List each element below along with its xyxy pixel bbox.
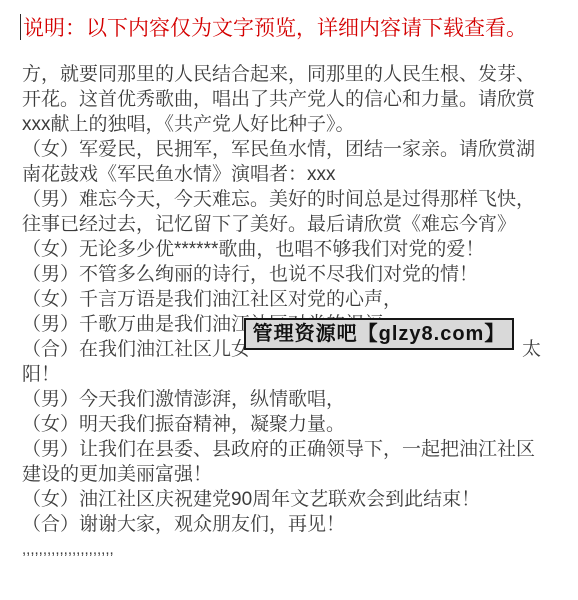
text-caret-icon bbox=[20, 14, 21, 40]
text-line: （合）谢谢大家，观众朋友们，再见！ bbox=[22, 512, 556, 537]
text-line: 建设的更加美丽富强！ bbox=[22, 462, 556, 487]
preview-page: 说明：以下内容仅为文字预览，详细内容请下载查看。 方，就要同那里的人民结合起来，… bbox=[0, 0, 578, 600]
text-line: （女）明天我们振奋精神，凝聚力量。 bbox=[22, 412, 556, 437]
text-line: 南花鼓戏《军民鱼水情》演唱者：xxx bbox=[22, 162, 556, 187]
document-body: 方，就要同那里的人民结合起来，同那里的人民生根、发芽、 开花。这首优秀歌曲，唱出… bbox=[22, 62, 556, 562]
obscured-line-before: （合）在我们油江社区儿女 bbox=[22, 339, 250, 360]
text-line: （女）千言万语是我们油江社区对党的心声， bbox=[22, 287, 556, 312]
hidden-text-gap bbox=[250, 354, 522, 355]
text-line: xxx献上的独唱，《共产党人好比种子》。 bbox=[22, 112, 556, 137]
text-line: （男）难忘今天，今天难忘。美好的时间总是过得那样飞快， bbox=[22, 187, 556, 212]
obscured-line-after: 太 bbox=[522, 339, 541, 360]
text-line: （女）军爱民，民拥军，军民鱼水情，团结一家亲。请欣赏湖 bbox=[22, 137, 556, 162]
watermark-badge: 管理资源吧【glzy8.com】 bbox=[244, 318, 514, 350]
text-line: 方，就要同那里的人民结合起来，同那里的人民生根、发芽、 bbox=[22, 62, 556, 87]
dotted-separator: ,,,,,,,,,,,,,,,,,,,,,, bbox=[22, 537, 556, 562]
text-line: 开花。这首优秀歌曲，唱出了共产党人的信心和力量。请欣赏 bbox=[22, 87, 556, 112]
text-line: 阳！ bbox=[22, 362, 556, 387]
text-line: （男）不管多么绚丽的诗行，也说不尽我们对党的情！ bbox=[22, 262, 556, 287]
watermark-text: 管理资源吧【glzy8.com】 bbox=[253, 323, 506, 345]
page-notice: 说明：以下内容仅为文字预览，详细内容请下载查看。 bbox=[20, 14, 527, 44]
text-line: （女）油江社区庆祝建党90周年文艺联欢会到此结束！ bbox=[22, 487, 556, 512]
text-line: （男）今天我们激情澎湃，纵情歌唱， bbox=[22, 387, 556, 412]
text-line: （男）让我们在县委、县政府的正确领导下，一起把油江社区 bbox=[22, 437, 556, 462]
text-line: （女）无论多少优******歌曲，也唱不够我们对党的爱！ bbox=[22, 237, 556, 262]
notice-text: 说明：以下内容仅为文字预览，详细内容请下载查看。 bbox=[23, 17, 527, 40]
text-line: 往事已经过去，记忆留下了美好。最后请欣赏《难忘今宵》 bbox=[22, 212, 556, 237]
